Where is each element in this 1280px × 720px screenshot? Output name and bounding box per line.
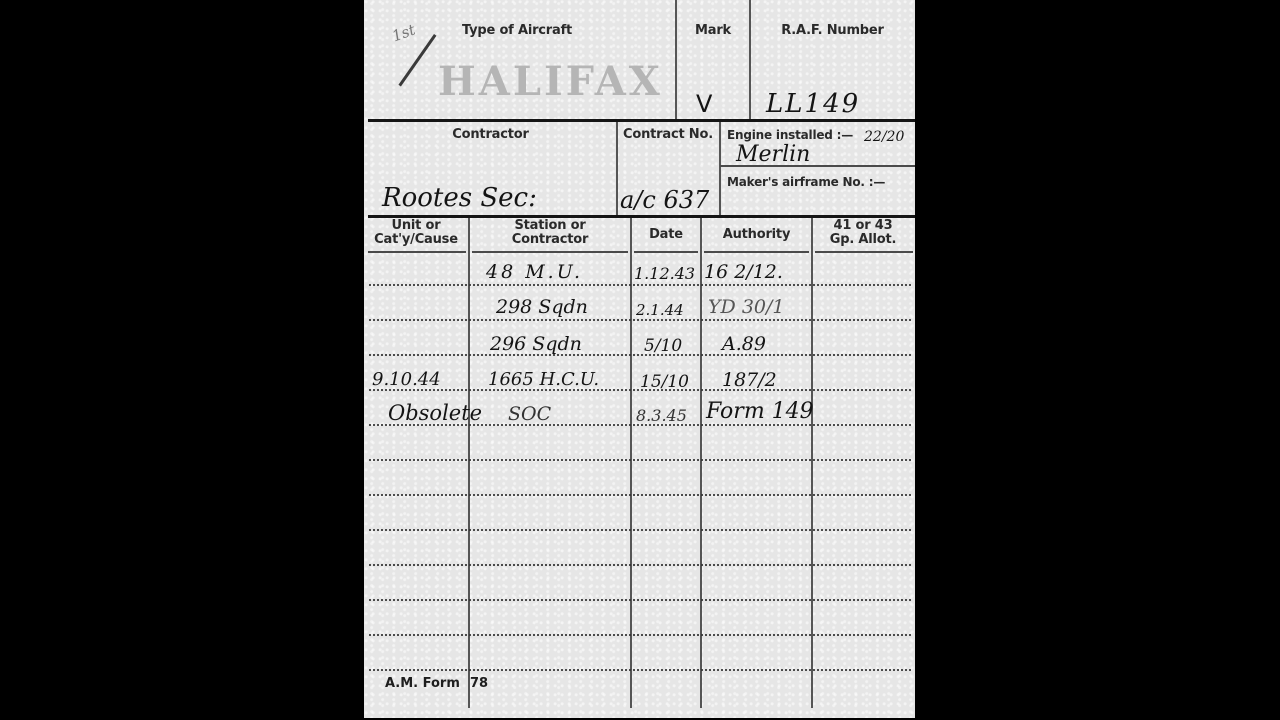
row-line	[368, 669, 913, 671]
cell-station: 48 M.U.	[486, 262, 583, 282]
type-of-aircraft-value: HALIFAX	[438, 58, 663, 105]
cell-unit: Obsolete	[388, 403, 482, 423]
divider	[472, 251, 628, 253]
row-line	[368, 529, 913, 531]
column-header-date: Date	[632, 228, 700, 242]
divider	[634, 251, 698, 253]
cell-date: 1.12.43	[634, 264, 695, 284]
row-line	[368, 459, 913, 461]
divider	[704, 251, 809, 253]
column-header-station: Station or Contractor	[470, 219, 630, 247]
row-line	[368, 599, 913, 601]
annotation-first-mark: 1st	[390, 21, 418, 46]
cell-station: 1665 H.C.U.	[488, 370, 599, 390]
row-line	[368, 634, 913, 636]
cell-station: 298 Sqdn	[496, 297, 588, 317]
cell-authority: 16 2/12.	[704, 262, 783, 282]
row-line	[368, 284, 913, 286]
column-header-allot: 41 or 43 Gp. Allot.	[813, 219, 913, 247]
cell-date: 15/10	[640, 372, 689, 392]
engine-installed-fraction: 22/20	[864, 130, 904, 144]
contractor-value: Rootes Sec:	[382, 188, 537, 208]
cell-authority: Form 149	[706, 402, 814, 422]
divider	[720, 165, 915, 167]
type-of-aircraft-label: Type of Aircraft	[462, 24, 592, 38]
cell-authority: 187/2	[722, 370, 777, 390]
cell-authority: YD 30/1	[708, 297, 784, 317]
makers-airframe-label: Maker's airframe No. :—	[727, 175, 912, 189]
contractor-label: Contractor	[364, 128, 617, 142]
row-line	[368, 354, 913, 356]
mark-label: Mark	[676, 24, 750, 38]
form-name: A.M. Form	[385, 676, 460, 691]
divider	[749, 0, 751, 120]
divider	[368, 119, 915, 122]
divider	[675, 0, 677, 120]
form-number: 78	[470, 676, 488, 691]
cell-unit: 9.10.44	[372, 370, 441, 390]
cell-authority: A.89	[722, 334, 766, 354]
cell-date: 5/10	[644, 336, 682, 356]
contract-no-value: a/c 637	[620, 190, 709, 210]
divider	[815, 251, 913, 253]
engine-installed-value: Merlin	[736, 145, 810, 165]
engine-installed-label: Engine installed :—	[727, 128, 877, 142]
divider	[719, 122, 721, 217]
cell-date: 8.3.45	[636, 406, 687, 426]
cell-date: 2.1.44	[636, 300, 684, 320]
column-header-authority: Authority	[702, 228, 811, 242]
cell-station: 296 Sqdn	[490, 334, 582, 354]
mark-value: V	[696, 94, 712, 114]
row-line	[368, 494, 913, 496]
row-line	[368, 564, 913, 566]
column-header-unit: Unit or Cat'y/Cause	[364, 219, 468, 247]
raf-number-value: LL149	[766, 94, 860, 114]
raf-number-label: R.A.F. Number	[750, 24, 915, 38]
cell-station: SOC	[508, 404, 551, 424]
divider	[368, 251, 466, 253]
aircraft-record-card: 1st Type of Aircraft HALIFAX Mark V R.A.…	[364, 0, 915, 718]
contract-no-label: Contract No.	[617, 128, 719, 142]
divider	[368, 215, 915, 218]
